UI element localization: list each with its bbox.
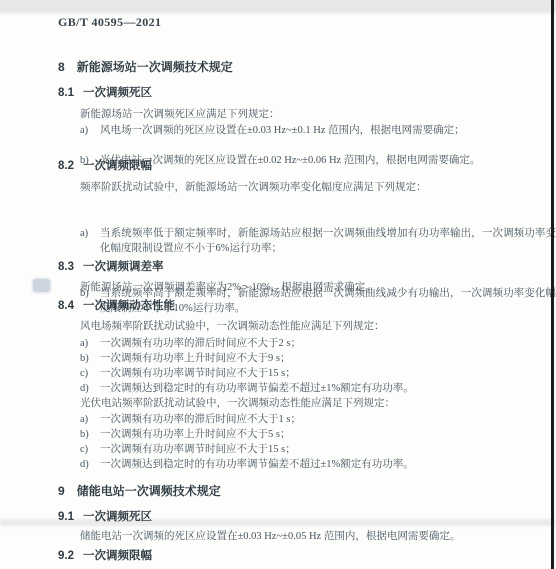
section-8-3-heading: 8.3一次调频调差率 (58, 260, 536, 274)
section-title: 一次调频限幅 (83, 160, 152, 172)
section-title: 一次调频调差率 (83, 261, 164, 273)
list-text: 当系统频率低于额定频率时，新能源场站应根据一次调频曲线增加有功功率输出，一次调频… (100, 228, 556, 254)
list-marker: d) (80, 381, 89, 396)
list-marker: b) (80, 351, 89, 366)
scan-smudge-artifact (33, 279, 50, 292)
section-8-2-heading: 8.2一次调频限幅 (58, 159, 536, 173)
section-number: 9.2 (58, 550, 74, 562)
list-text: 一次调频有功功率的滞后时间应不大于1 s； (100, 414, 301, 425)
list-item: b) 一次调频有功功率上升时间应不大于9 s； (80, 351, 536, 366)
scanned-standard-page: GB/T 40595—2021 8新能源场站一次调频技术规定 8.1一次调频死区… (0, 0, 556, 569)
list-item: a) 一次调频有功功率的滞后时间应不大于2 s； (80, 336, 536, 351)
list-item: d) 一次调频达到稳定时的有功功率调节偏差不超过±1%额定有功功率。 (80, 381, 536, 396)
list-item: a) 一次调频有功功率的滞后时间应不大于1 s； (80, 412, 536, 427)
section-title: 一次调频动态性能 (83, 300, 175, 312)
standard-number-header: GB/T 40595—2021 (58, 15, 536, 30)
list-text: 一次调频有功功率上升时间应不大于5 s； (100, 429, 290, 440)
section-number: 8.2 (58, 160, 74, 172)
paragraph: 新能源场站一次调频死区应满足下列规定： (80, 108, 536, 122)
list-item: b) 一次调频有功功率上升时间应不大于5 s； (80, 427, 536, 442)
list-text: 一次调频达到稳定时的有功功率调节偏差不超过±1%额定有功功率。 (100, 459, 414, 470)
list-item: c) 一次调频有功功率调节时间应不大于15 s； (80, 366, 536, 381)
section-title: 储能电站一次调频技术规定 (77, 484, 221, 498)
paragraph: 风电场频率阶跃扰动试验中，一次调频动态性能应满足下列规定： (80, 320, 536, 334)
paragraph: 频率阶跃扰动试验中，新能源场站一次调频功率变化幅度应满足下列规定： (80, 181, 536, 195)
section-number: 9 (58, 484, 65, 498)
section-8-4-heading: 8.4一次调频动态性能 (58, 299, 536, 313)
section-title: 一次调频死区 (83, 87, 152, 99)
section-title: 一次调频限幅 (83, 550, 152, 562)
section-9-2-heading: 9.2一次调频限幅 (58, 549, 536, 563)
scan-right-edge-line (551, 0, 554, 569)
list-marker: d) (80, 457, 89, 472)
section-title: 一次调频死区 (83, 511, 152, 523)
section-number: 8 (58, 60, 65, 74)
section-8-1-heading: 8.1一次调频死区 (58, 86, 536, 100)
list-marker: a) (80, 412, 88, 427)
list-text: 一次调频达到稳定时的有功功率调节偏差不超过±1%额定有功功率。 (100, 383, 414, 394)
list-marker: c) (80, 366, 88, 381)
section-number: 9.1 (58, 511, 74, 523)
list-text: 一次调频有功功率上升时间应不大于9 s； (100, 353, 290, 364)
section-9-heading: 9储能电站一次调频技术规定 (58, 484, 536, 498)
list-marker: b) (80, 427, 89, 442)
list-text: 一次调频有功功率调节时间应不大于15 s； (100, 368, 296, 379)
list-marker: c) (80, 442, 88, 457)
list-marker: a) (80, 123, 88, 138)
list-marker: a) (80, 336, 88, 351)
section-number: 8.3 (58, 261, 74, 273)
pv-dynamic-performance-list: a) 一次调频有功功率的滞后时间应不大于1 s； b) 一次调频有功功率上升时间… (80, 412, 536, 472)
list-item: a) 当系统频率低于额定频率时，新能源场站应根据一次调频曲线增加有功功率输出，一… (80, 226, 556, 256)
paragraph: 光伏电站频率阶跃扰动试验中，一次调频动态性能应满足下列规定： (80, 397, 536, 411)
section-9-1-heading: 9.1一次调频死区 (58, 510, 536, 524)
list-text: 一次调频有功功率的滞后时间应不大于2 s； (100, 338, 301, 349)
section-8-heading: 8新能源场站一次调频技术规定 (58, 60, 536, 74)
list-text: 一次调频有功功率调节时间应不大于15 s； (100, 444, 296, 455)
section-number: 8.4 (58, 300, 74, 312)
section-number: 8.1 (58, 87, 74, 99)
list-item: d) 一次调频达到稳定时的有功功率调节偏差不超过±1%额定有功功率。 (80, 457, 536, 472)
paragraph: 储能电站一次调频的死区应设置在±0.03 Hz~±0.05 Hz 范围内，根据电… (80, 530, 536, 544)
list-text: 风电场一次调频的死区应设置在±0.03 Hz~±0.1 Hz 范围内，根据电网需… (100, 125, 465, 136)
section-title: 新能源场站一次调频技术规定 (77, 60, 233, 74)
list-item: a) 风电场一次调频的死区应设置在±0.03 Hz~±0.1 Hz 范围内，根据… (80, 123, 556, 138)
scan-top-edge (0, 0, 556, 12)
paragraph: 新能源场站一次调频调差率应为2%～10%，根据电网需求确定。 (80, 281, 536, 295)
list-item: c) 一次调频有功功率调节时间应不大于15 s； (80, 442, 536, 457)
list-marker: a) (80, 226, 88, 241)
wind-dynamic-performance-list: a) 一次调频有功功率的滞后时间应不大于2 s； b) 一次调频有功功率上升时间… (80, 336, 536, 396)
